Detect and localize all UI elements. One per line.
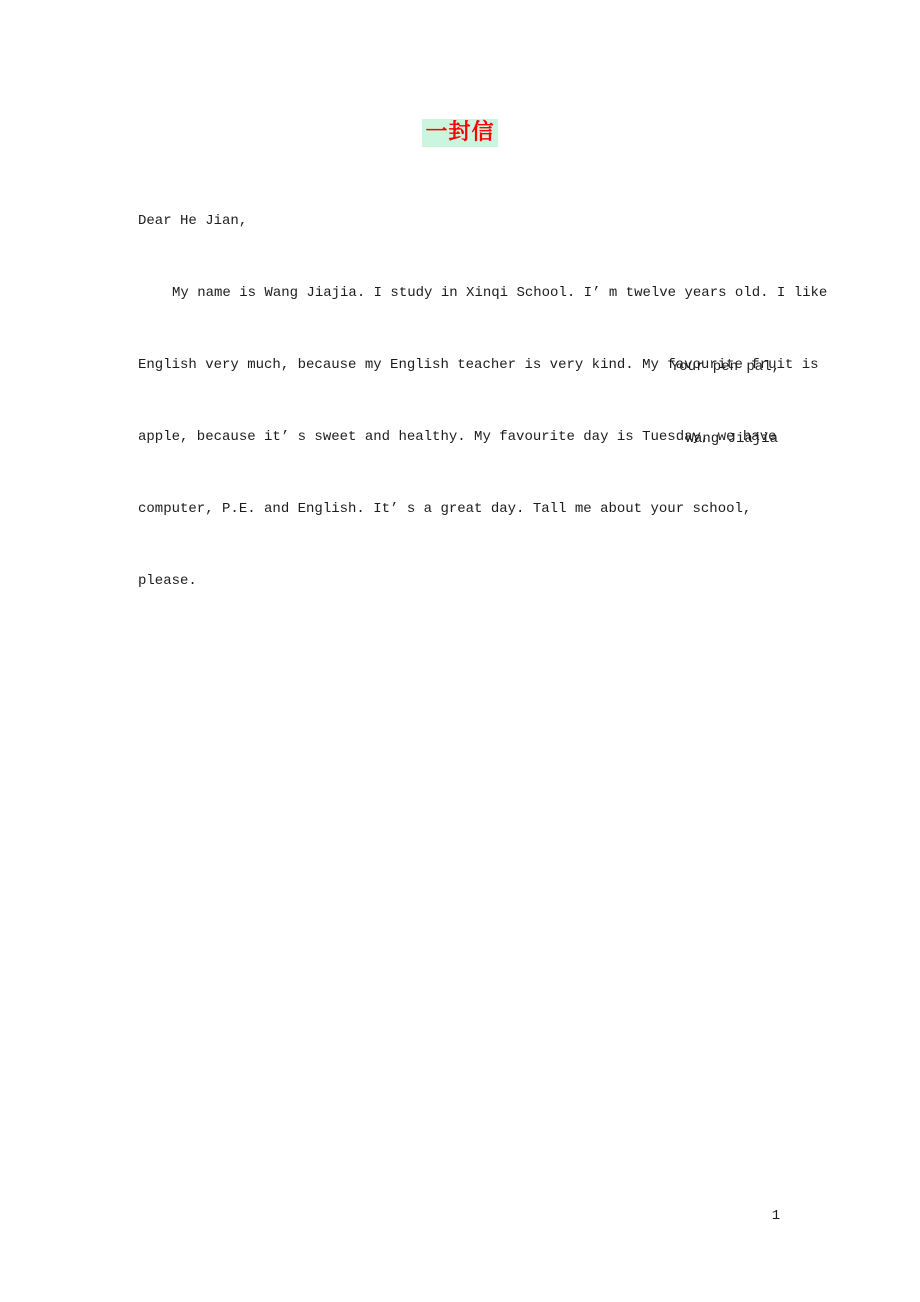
paragraph-line: My name is Wang Jiajia. I study in Xinqi… bbox=[138, 281, 838, 305]
closing-block: Your pen pal, Wang Jiajia bbox=[671, 307, 780, 499]
page-number: 1 bbox=[766, 1206, 786, 1226]
title-row: 一封信 bbox=[0, 119, 920, 147]
paragraph-line: please. bbox=[138, 569, 838, 593]
signature-line: Wang Jiajia bbox=[671, 427, 780, 451]
document-title: 一封信 bbox=[422, 119, 497, 147]
paragraph-line: computer, P.E. and English. It’ s a grea… bbox=[138, 497, 838, 521]
document-page: 一封信 Dear He Jian, My name is Wang Jiajia… bbox=[0, 0, 920, 1302]
closing-line: Your pen pal, bbox=[671, 355, 780, 379]
salutation-line: Dear He Jian, bbox=[138, 209, 838, 233]
